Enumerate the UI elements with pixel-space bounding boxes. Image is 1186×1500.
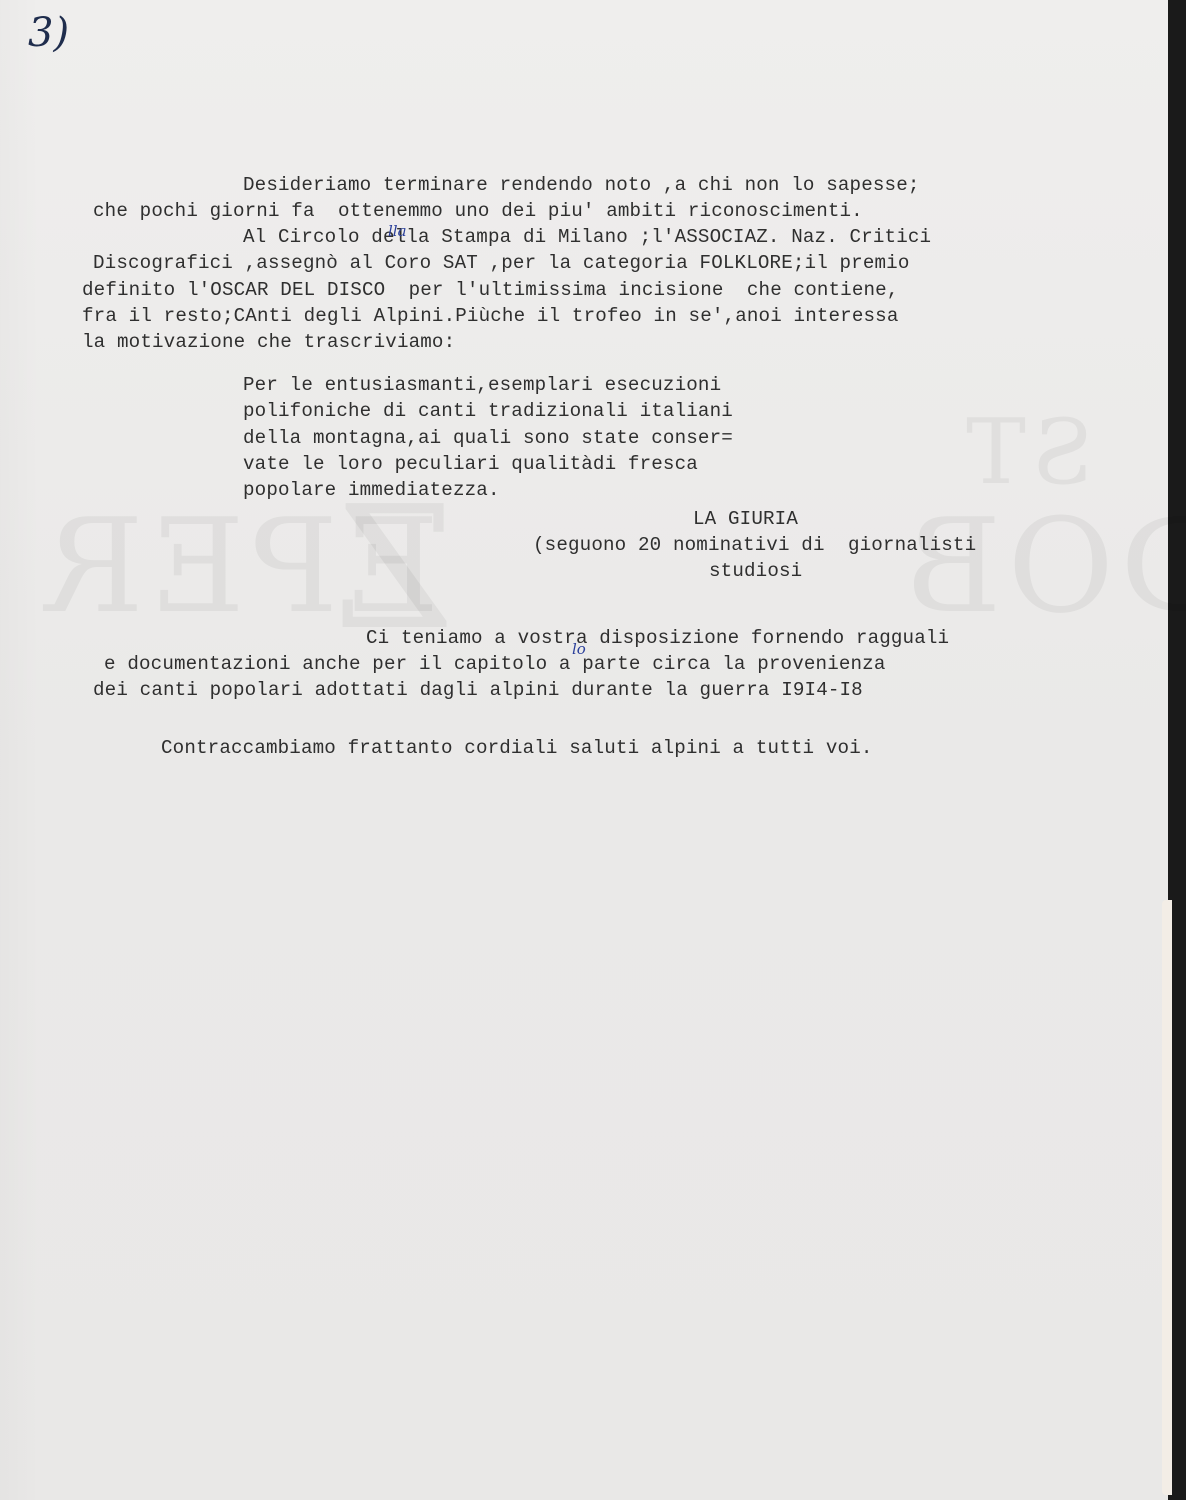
award-line-2: Discografici ,assegnò al Coro SAT ,per l… (93, 250, 910, 276)
award-line-1: Al Circolo della Stampa di Milano ;l'ASS… (243, 224, 931, 250)
motivation-line-1: Per le entusiasmanti,esemplari esecuzion… (243, 372, 721, 398)
motivation-line-3: della montagna,ai quali sono state conse… (243, 425, 733, 451)
underlying-sheet-edge (1162, 900, 1172, 1495)
motivation-line-4: vate le loro peculiari qualitàdi fresca (243, 451, 698, 477)
motivation-line-2: polifoniche di canti tradizionali italia… (243, 398, 733, 424)
intro-line-2: che pochi giorni fa ottenemmo uno dei pi… (93, 198, 863, 224)
show-through-text: DOB (900, 490, 1186, 642)
handwritten-correction: lo (572, 640, 586, 658)
document-page: EPER Z DOB ST 3) Desideriamo terminare r… (0, 0, 1168, 1500)
offer-line-2: e documentazioni anche per il capitolo a… (104, 651, 886, 677)
signature-jury: LA GIURIA (693, 506, 798, 532)
motivation-line-5: popolare immediatezza. (243, 477, 500, 503)
award-line-5: la motivazione che trascriviamo: (82, 329, 455, 355)
page-number-handwritten: 3) (28, 10, 69, 56)
show-through-text: ST (960, 400, 1094, 505)
signature-note: (seguono 20 nominativi di giornalisti (533, 532, 976, 558)
offer-line-1: Ci teniamo a vostra disposizione fornend… (366, 625, 949, 651)
award-line-4: fra il resto;CAnti degli Alpini.Piùche i… (82, 303, 899, 329)
signature-note-cont: studiosi (709, 558, 802, 584)
intro-line-1: Desideriamo terminare rendendo noto ,a c… (243, 172, 920, 198)
offer-line-3: dei canti popolari adottati dagli alpini… (93, 677, 863, 703)
award-line-3: definito l'OSCAR DEL DISCO per l'ultimis… (82, 277, 899, 303)
handwritten-correction: lla (388, 222, 407, 240)
closing-line: Contraccambiamo frattanto cordiali salut… (161, 735, 873, 761)
